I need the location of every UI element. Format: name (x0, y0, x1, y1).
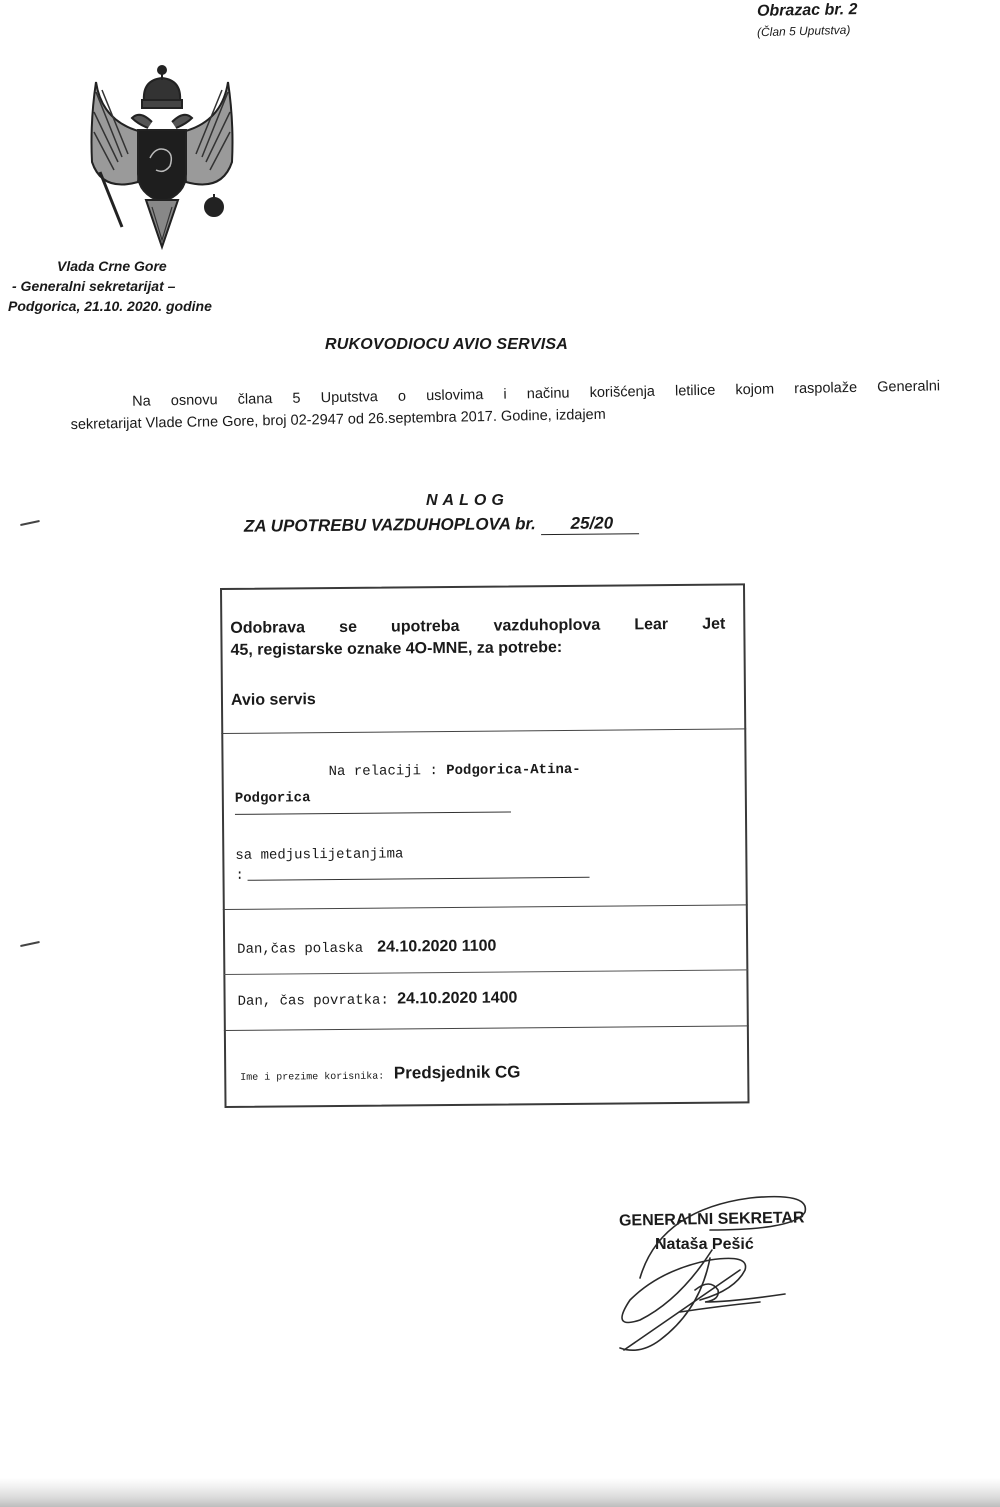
user-label: Ime i prezime korisnika: (240, 1072, 384, 1084)
return-label: Dan, čas povratka: (238, 993, 389, 1010)
issuer-secretariat: - Generalni sekretarijat – (0, 276, 270, 296)
user-value: Predsjednik CG (394, 1062, 521, 1082)
order-number: 25/20 (540, 513, 639, 535)
departure-value: 24.10.2020 1100 (377, 938, 496, 956)
subheading-text: ZA UPOTREBU VAZDUHOPLOVA br. (244, 514, 536, 536)
route-value-2: Podgorica (235, 790, 311, 807)
route-underline (235, 811, 511, 814)
approval-line-2: 45, registarske oznake 4O-MNE, za potreb… (230, 636, 725, 662)
document-subheading: ZA UPOTREBU VAZDUHOPLOVA br. 25/20 (244, 513, 639, 537)
departure-field: Dan,čas polaska24.10.2020 1100 (237, 938, 496, 958)
issuer-place-date: Podgorica, 21.10. 2020. godine (0, 296, 270, 316)
stopovers-label: sa medjuslijetanjima (235, 844, 403, 865)
schedule-section: Dan,čas polaska24.10.2020 1100 Dan, čas … (223, 905, 749, 1031)
addressee: RUKOVODIOCU AVIO SERVISA (325, 336, 568, 354)
stopovers-colon: : (235, 864, 403, 885)
intro-paragraph: Na osnovu člana 5 Uputstva o uslovima i … (70, 375, 941, 436)
order-form-box: Odobrava se upotreba vazduhoplova Lear J… (220, 583, 750, 1108)
route-label: Na relaciji : (329, 763, 447, 780)
return-field: Dan, čas povratka: 24.10.2020 1400 (238, 989, 518, 1009)
schedule-divider (223, 969, 748, 975)
approval-line-1: Odobrava se upotreba vazduhoplova Lear J… (230, 614, 725, 640)
user-field: Ime i prezime korisnika: Predsjednik CG (240, 1062, 520, 1084)
signature-icon (600, 1190, 870, 1360)
document-heading: NALOG (426, 492, 509, 510)
scan-edge (0, 1478, 1000, 1507)
route-value-1: Podgorica-Atina- (446, 762, 581, 779)
return-value: 24.10.2020 1400 (397, 989, 517, 1007)
route-text: Na relaciji : Podgorica-Atina- Podgorica (235, 757, 581, 812)
approval-text: Odobrava se upotreba vazduhoplova Lear J… (230, 614, 725, 662)
punch-mark (20, 941, 40, 947)
coat-of-arms-icon (82, 62, 242, 252)
issuer-block: Vlada Crne Gore - Generalni sekretarijat… (0, 256, 270, 316)
approval-section: Odobrava se upotreba vazduhoplova Lear J… (220, 583, 746, 734)
form-number: Obrazac br. 2 (757, 1, 858, 21)
user-section: Ime i prezime korisnika: Predsjednik CG (224, 1026, 750, 1108)
departure-label: Dan,čas polaska (237, 941, 363, 958)
issuer-government: Vlada Crne Gore (0, 256, 270, 276)
route-section: Na relaciji : Podgorica-Atina- Podgorica… (221, 729, 748, 910)
form-reference: (Član 5 Uputstva) (757, 23, 851, 39)
purpose-value: Avio servis (231, 691, 316, 710)
punch-mark (20, 520, 40, 526)
